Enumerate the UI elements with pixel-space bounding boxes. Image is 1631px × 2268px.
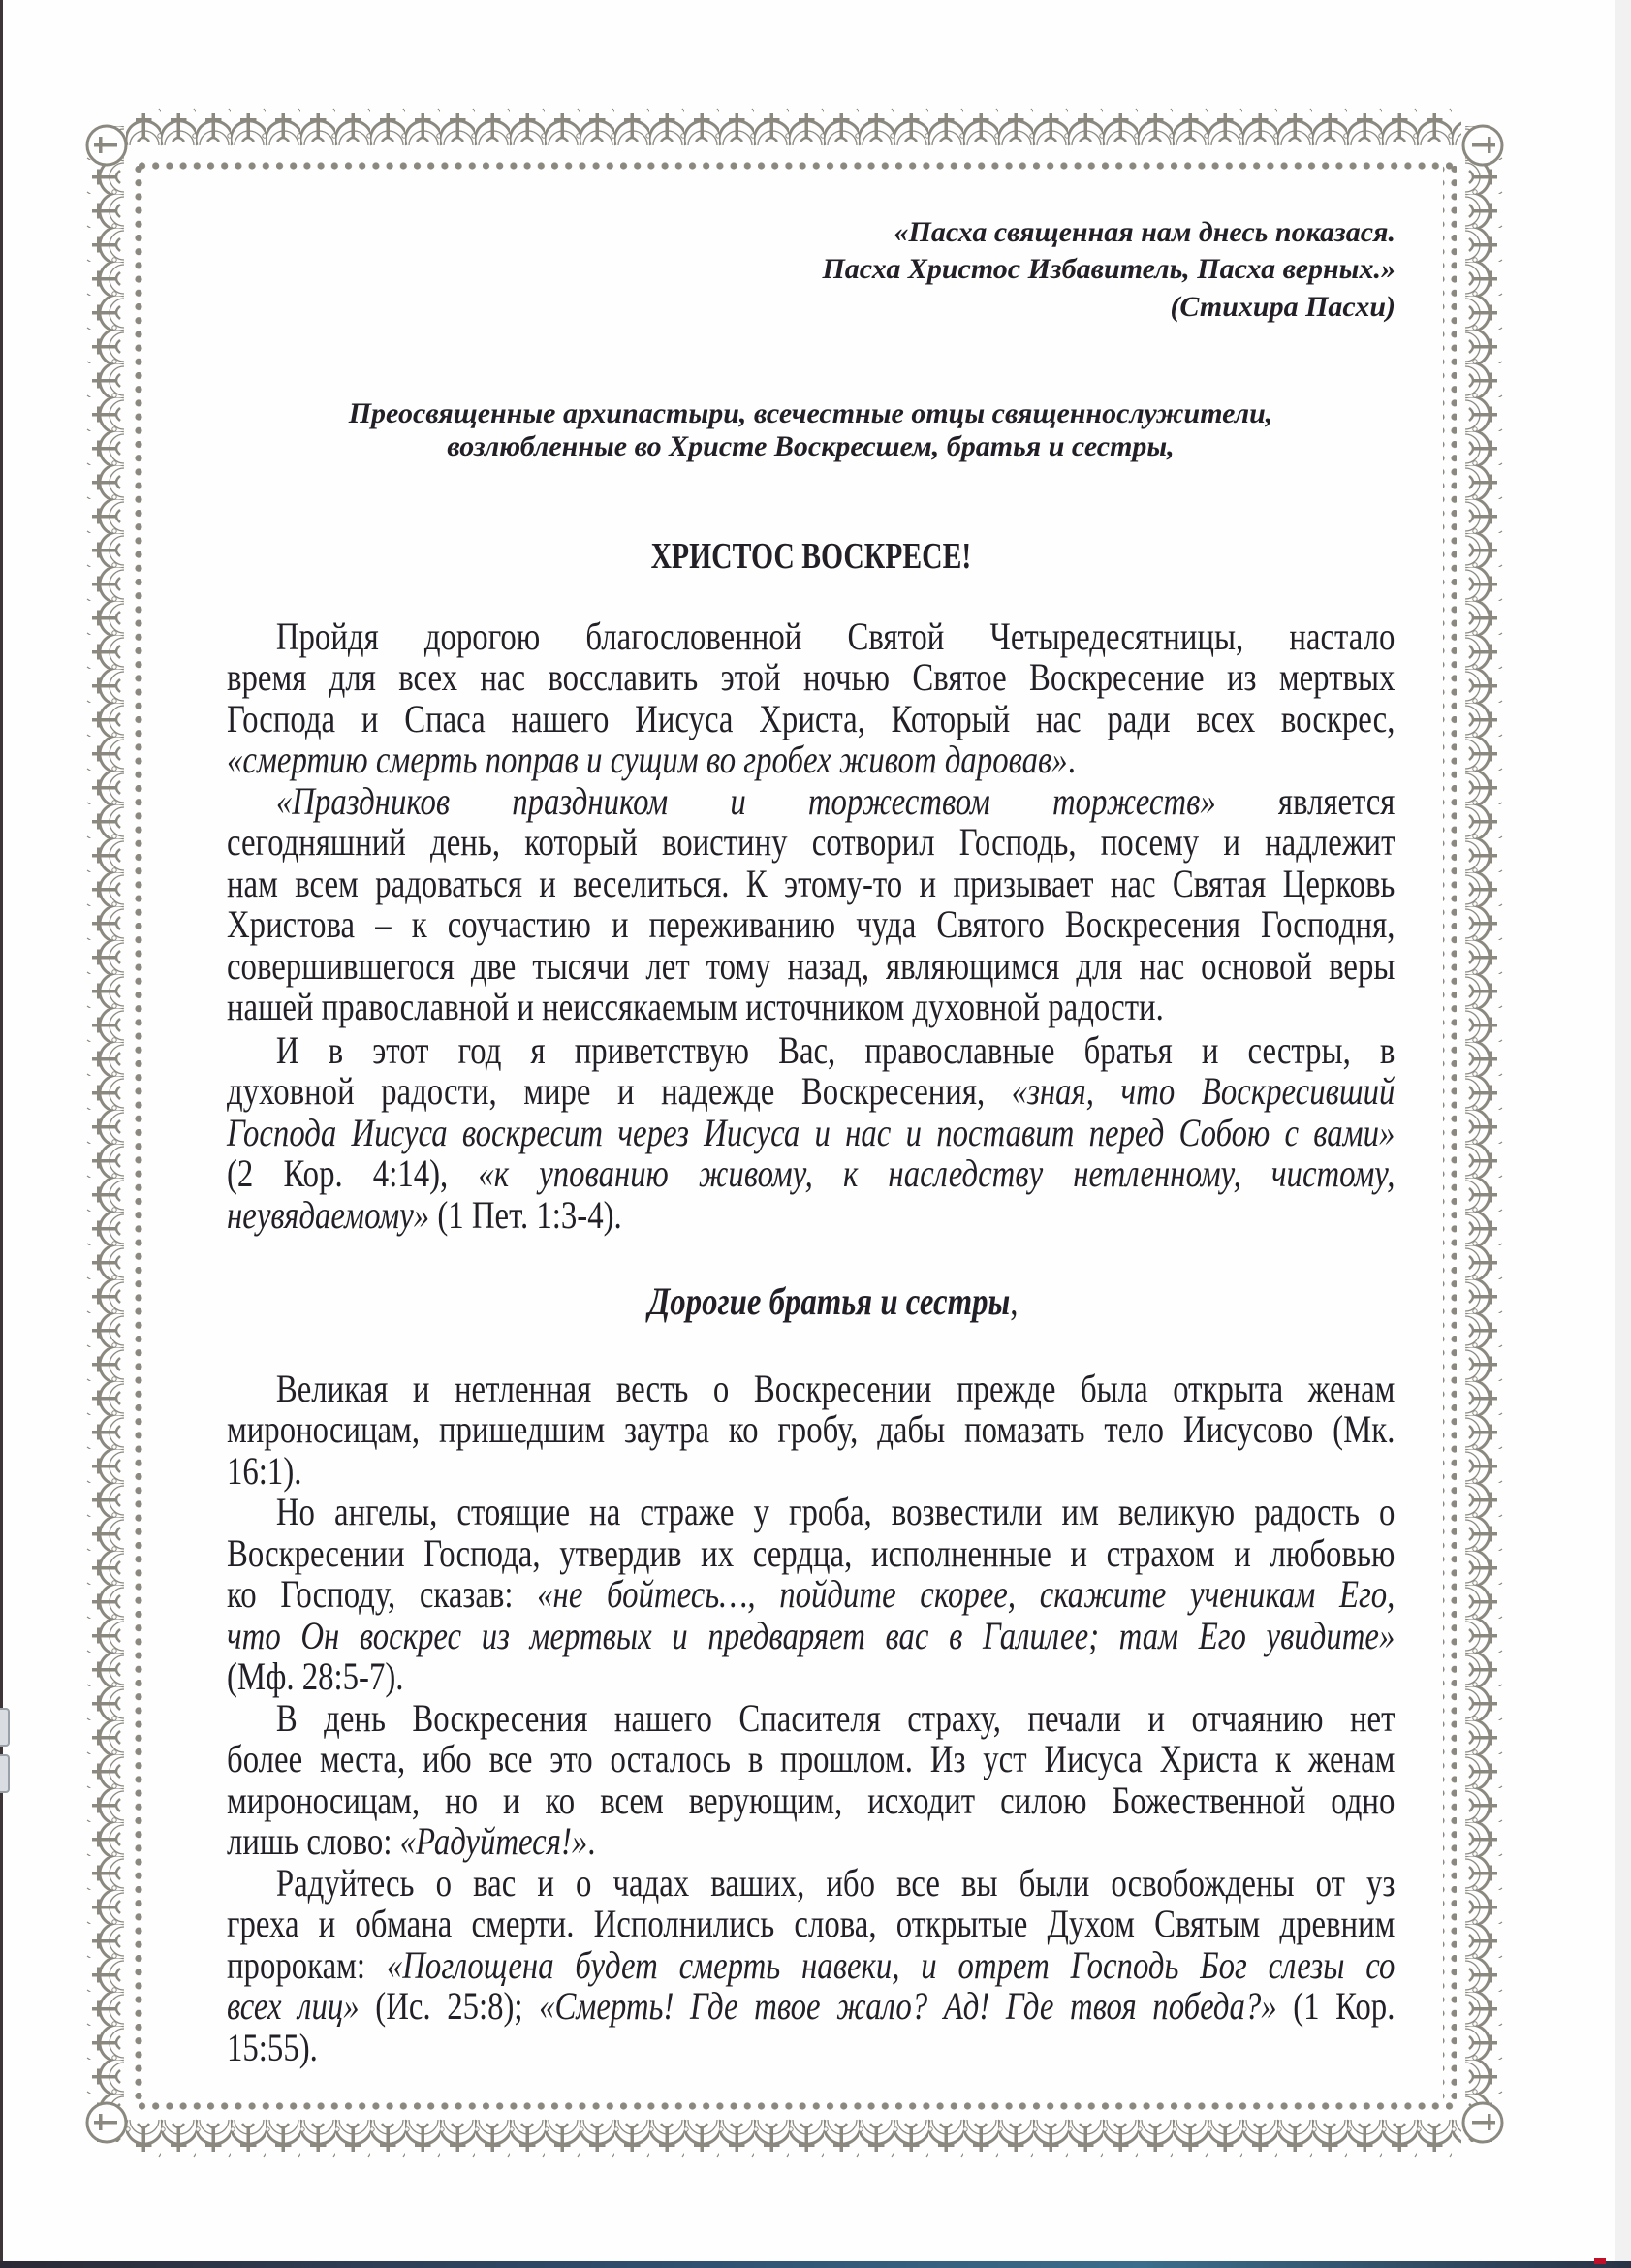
text-run: лишь слово: [227,1819,400,1863]
quote-run: «не бойтесь…, пойдите скорее, скажите уч… [537,1572,1395,1616]
body-line: Господа Иисуса воскресит через Иисуса и … [227,1113,1395,1153]
quote-run: «Смерть! Где твое жало? Ад! Где твоя поб… [539,1984,1277,2028]
body-line: мироносицам, пришедшим заутра ко гробу, … [227,1409,1395,1450]
body-line: неувядаемому» (1 Пет. 1:3-4). [227,1195,1395,1236]
text-run: более места, ибо все это осталось в прош… [227,1737,1395,1780]
text-run: пророкам: [227,1943,387,1987]
text-run: Христова – к соучастию и переживанию чуд… [227,902,1395,946]
text-run: . [1068,738,1076,781]
body-line: Но ангелы, стоящие на страже у гроба, во… [227,1492,1395,1532]
body-line: Христова – к соучастию и переживанию чуд… [227,904,1395,945]
body-line: «смертию смерть поправ и сущим во гробех… [227,740,1395,780]
text-run: нам всем радоваться и веселиться. К этом… [227,862,1395,905]
text-run: 16:1). [227,1449,301,1493]
page-title: ХРИСТОС ВОСКРЕСЕ! [227,536,1395,577]
text-run: (Ис. 25:8); [360,1984,539,2028]
body-line: И в этот год я приветствую Вас, правосла… [227,1030,1395,1071]
body-line: всех лиц» (Ис. 25:8); «Смерть! Где твое … [227,1986,1395,2027]
text-run: (2 Кор. 4:14), [227,1151,478,1195]
text-run: Пройдя дорогою благословенной Святой Чет… [276,614,1396,658]
body-line: Воскресении Господа, утвердив их сердца,… [227,1533,1395,1574]
body-line: что Он воскрес из мертвых и предваряет в… [227,1616,1395,1656]
body-line: совершившегося две тысячи лет тому назад… [227,946,1395,987]
body-line: «Праздников праздником и торжеством торж… [227,781,1395,822]
text-run: нашей православной и неиссякаемым источн… [227,985,1164,1028]
body-line: 16:1). [227,1451,1395,1492]
text-run: И в этот год я приветствую Вас, правосла… [276,1028,1396,1072]
text-run: мироносицам, но и ко всем верующим, исхо… [227,1779,1395,1822]
quote-run: «Радуйтеся!» [400,1819,588,1863]
quote-run: что Он воскрес из мертвых и предваряет в… [227,1614,1395,1657]
body-line: Пройдя дорогою благословенной Святой Чет… [227,616,1395,657]
text-run: совершившегося две тысячи лет тому назад… [227,944,1395,988]
section-heading-text: Дорогие братья и сестры [648,1279,1010,1323]
epigraph-line: «Пасха священная нам днесь показася. [894,214,1396,251]
page-title-text: ХРИСТОС ВОСКРЕСЕ! [650,536,971,577]
quote-run: «Праздников праздником и торжеством торж… [276,779,1216,823]
body-line: нам всем радоваться и веселиться. К этом… [227,864,1395,904]
section-heading-punct: , [1011,1279,1019,1323]
text-run: (1 Кор. [1277,1984,1396,2028]
body-line: сегодняшний день, который воистину сотво… [227,822,1395,863]
text-run: сегодняшний день, который воистину сотво… [227,820,1395,864]
text-run: Радуйтесь о вас и о чадах ваших, ибо все… [276,1861,1396,1905]
quote-run: «Поглощена будет смерть навеки, и отрет … [387,1943,1396,1987]
text-run: 15:55). [227,2026,318,2069]
quote-run: всех лиц» [227,1984,360,2028]
body-line: более места, ибо все это осталось в прош… [227,1739,1395,1780]
section-heading: Дорогие братья и сестры, [227,1281,1440,1322]
body-line: Великая и нетленная весть о Воскресении … [227,1369,1395,1409]
body-line: нашей православной и неиссякаемым источн… [227,987,1395,1027]
text-run: Воскресении Господа, утвердив их сердца,… [227,1531,1395,1575]
quote-run: неувядаемому» [227,1193,429,1237]
body-line: 15:55). [227,2028,1395,2068]
text-run: духовной радости, мире и надежде Воскрес… [227,1069,1012,1113]
text-run: ко Господу, сказав: [227,1572,537,1616]
body-line: пророкам: «Поглощена будет смерть навеки… [227,1945,1395,1986]
salutation-line: Преосвященные архипастыри, всечестные от… [227,397,1395,430]
text-run: (1 Пет. 1:3-4). [429,1193,622,1237]
text-run: мироносицам, пришедшим заутра ко гробу, … [227,1407,1395,1451]
quote-run: «смертию смерть поправ и сущим во гробех… [227,738,1068,781]
text-run: . [587,1819,595,1863]
text-run: (Мф. 28:5-7). [227,1654,404,1698]
body-line: духовной радости, мире и надежде Воскрес… [227,1071,1395,1112]
text-run: Но ангелы, стоящие на страже у гроба, во… [276,1490,1396,1533]
quote-run: «к упованию живому, к наследству нетленн… [478,1151,1395,1195]
body-line: Радуйтесь о вас и о чадах ваших, ибо все… [227,1863,1395,1904]
body-line: греха и обмана смерти. Исполнились слова… [227,1904,1395,1944]
body-line: мироносицам, но и ко всем верующим, исхо… [227,1780,1395,1821]
text-run: время для всех нас восславить этой ночью… [227,655,1395,699]
body-line: (2 Кор. 4:14), «к упованию живому, к нас… [227,1153,1395,1194]
body-line: В день Воскресения нашего Спасителя стра… [227,1698,1395,1739]
body-line: ко Господу, сказав: «не бойтесь…, пойдит… [227,1574,1395,1615]
text-run: является [1216,779,1396,823]
body-line: (Мф. 28:5-7). [227,1656,1395,1697]
text-run: Великая и нетленная весть о Воскресении … [276,1367,1396,1410]
epigraph-source: (Стихира Пасхи) [1170,289,1396,326]
text-run: В день Воскресения нашего Спасителя стра… [276,1696,1396,1740]
body-line: лишь слово: «Радуйтеся!». [227,1821,1395,1862]
text-run: греха и обмана смерти. Исполнились слова… [227,1902,1395,1945]
epigraph-line: Пасха Христос Избавитель, Пасха верных.» [822,251,1396,288]
quote-run: «зная, что Воскресивший [1012,1069,1396,1113]
quote-run: Господа Иисуса воскресит через Иисуса и … [227,1111,1395,1154]
body-line: Господа и Спаса нашего Иисуса Христа, Ко… [227,699,1395,740]
body-line: время для всех нас восславить этой ночью… [227,657,1395,698]
salutation-line: возлюбленные во Христе Воскресшем, брать… [227,430,1395,463]
text-run: Господа и Спаса нашего Иисуса Христа, Ко… [227,697,1395,740]
